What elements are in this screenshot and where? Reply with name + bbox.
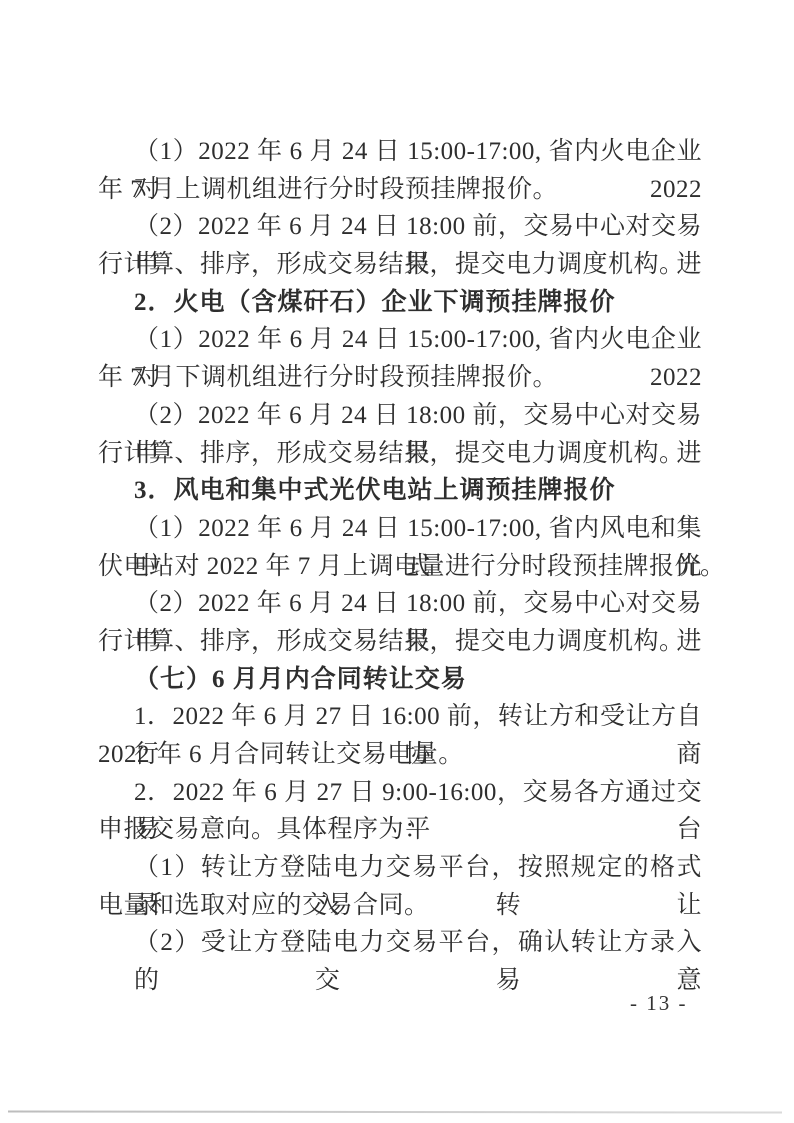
document-body: （1）2022 年 6 月 24 日 15:00-17:00, 省内火电企业对 … xyxy=(98,133,702,962)
text-line: （2）2022 年 6 月 24 日 18:00 前，交易中心对交易申报进 xyxy=(98,585,702,623)
heading-line: （七）6 月月内合同转让交易 xyxy=(98,661,702,699)
text-line: 行计算、排序，形成交易结果，提交电力调度机构。 xyxy=(98,246,702,284)
text-line: 行计算、排序，形成交易结果，提交电力调度机构。 xyxy=(98,623,702,661)
text-line: （2）2022 年 6 月 24 日 18:00 前，交易中心对交易申报进 xyxy=(98,397,702,435)
text-line: 2．2022 年 6 月 27 日 9:00-16:00，交易各方通过交易平台 xyxy=(98,774,702,812)
text-line: （1）2022 年 6 月 24 日 15:00-17:00, 省内火电企业对 … xyxy=(98,133,702,171)
text-line: （1）2022 年 6 月 24 日 15:00-17:00, 省内火电企业对 … xyxy=(98,321,702,359)
heading-line: 2．火电（含煤矸石）企业下调预挂牌报价 xyxy=(98,284,702,322)
document-page: （1）2022 年 6 月 24 日 15:00-17:00, 省内火电企业对 … xyxy=(0,0,794,1123)
text-line: （1）转让方登陆电力交易平台，按照规定的格式录入转让 xyxy=(98,849,702,887)
scan-artifact-line xyxy=(8,1110,782,1113)
text-line: （2）2022 年 6 月 24 日 18:00 前，交易中心对交易申报进 xyxy=(98,208,702,246)
text-line: 1．2022 年 6 月 27 日 16:00 前，转让方和受让方自行协商 xyxy=(98,698,702,736)
text-line: （1）2022 年 6 月 24 日 15:00-17:00, 省内风电和集中式… xyxy=(98,510,702,548)
heading-line: 3．风电和集中式光伏电站上调预挂牌报价 xyxy=(98,472,702,510)
text-line: 行计算、排序，形成交易结果，提交电力调度机构。 xyxy=(98,435,702,473)
page-number: - 13 - xyxy=(630,990,710,1016)
text-line: （2）受让方登陆电力交易平台，确认转让方录入的交易意 xyxy=(98,924,702,962)
text-line: 伏电站对 2022 年 7 月上调电量进行分时段预挂牌报价。 xyxy=(98,548,702,586)
